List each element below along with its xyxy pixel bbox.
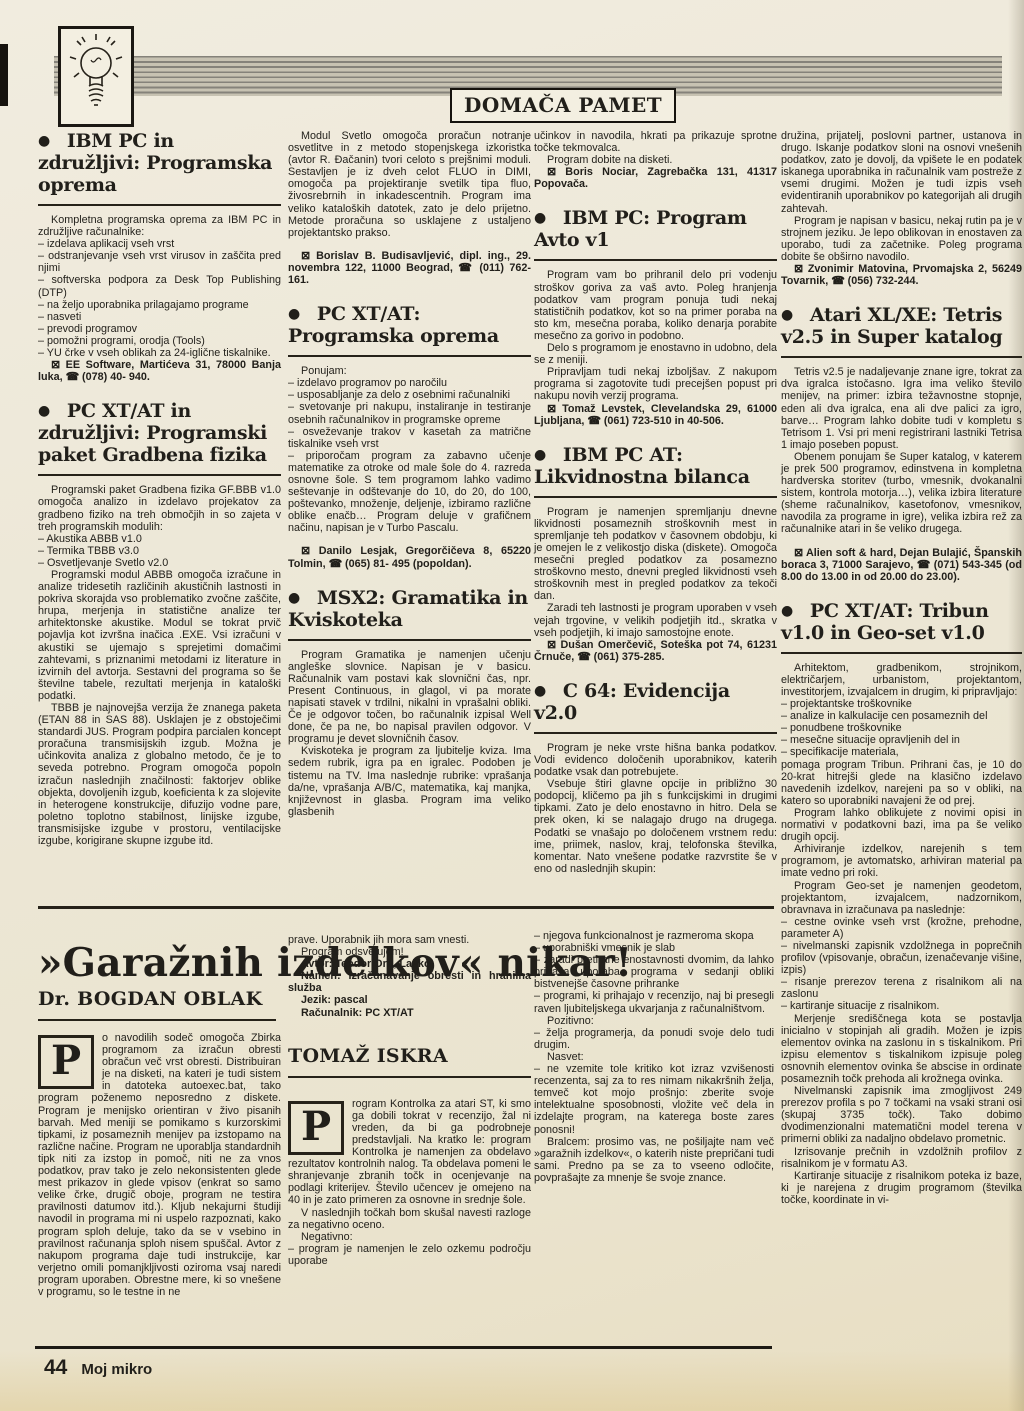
masthead-title: DOMAČA PAMET [464, 93, 662, 117]
body-paragraph: Kartiranje situacije z risalnikom poteka… [781, 1170, 1022, 1206]
listing-pcxtat-programska-oprema: PC XT/AT: Programska oprema Ponujam: – i… [288, 303, 531, 570]
list-item: – softverska podpora za Desk Top Publish… [38, 274, 281, 298]
body-paragraph: družina, prijatelj, poslovni partner, us… [781, 130, 1022, 215]
article-column-1: Po navodilih sodeč omogoča Zbirka progra… [38, 1032, 281, 1298]
listing-gradbena-fizika: PC XT/AT in združljivi: Programski paket… [38, 400, 281, 847]
column-1: IBM PC in združljivi: Programska oprema … [38, 130, 281, 847]
review-paragraph: Bralcem: prosimo vas, ne pošiljajte nam … [534, 1136, 774, 1184]
list-item: – specifikacije materiala, [781, 746, 1022, 758]
list-item: – usposabljanje za delo z osebnimi račun… [288, 389, 531, 401]
contact-line: ⊠ Dušan Omerčevič, Soteška pot 74, 61231… [534, 639, 777, 663]
list-item: – prevodi programov [38, 323, 281, 335]
body-paragraph: Ponujam: [288, 365, 531, 377]
magazine-logo [58, 26, 134, 127]
magazine-page: DOMAČA PAMET IBM PC in združljivi: Progr… [0, 0, 1024, 1411]
review-paragraph: V naslednjih točkah bom skušal navesti r… [288, 1207, 531, 1231]
page-footer: 44 Moj mikro [44, 1356, 152, 1380]
review-paragraph: prave. Uporabnik jih mora sam vnesti. [288, 934, 531, 946]
list-item: – kartiranje situacije z risalnikom. [781, 1000, 1022, 1012]
spec-line-author: Avtor: Teodor Ortl, Laško [288, 958, 531, 970]
body-paragraph: Program je napisan v basicu, nekaj rutin… [781, 215, 1022, 263]
body-paragraph: Program vam bo prihranil delo pri vodenj… [534, 269, 777, 342]
list-item: – nasveti [38, 311, 281, 323]
magazine-name: Moj mikro [81, 1361, 152, 1378]
review-list-item: – ne vzemite tole kritiko kot izraz vzvi… [534, 1063, 774, 1136]
article-column-3: – njegova funkcionalnost je razmeroma sk… [534, 930, 774, 1184]
body-paragraph: učinkov in navodila, hkrati pa prikazuje… [534, 130, 777, 154]
listing-title: C 64: Evidencija v2.0 [534, 680, 777, 734]
scan-bottom-tint [0, 1351, 1024, 1411]
scan-edge-mark [0, 44, 8, 106]
list-item: – odstranjevanje vseh vrst virusov in za… [38, 250, 281, 274]
listing-evidencija: C 64: Evidencija v2.0 Program je neke vr… [534, 680, 777, 875]
listing-continuation: učinkov in navodila, hkrati pa prikazuje… [534, 130, 777, 190]
list-item: – na željo uporabnika prilagajamo progra… [38, 299, 281, 311]
body-paragraph: Programski modul ABBB omogoča izračune i… [38, 569, 281, 702]
list-item: – Akustika ABBB v1.0 [38, 533, 281, 545]
body-paragraph: Arhiviranje izdelkov, narejenih s tem pr… [781, 843, 1022, 879]
list-item: – nivelmanski zapisnik vzdolžnega in pop… [781, 940, 1022, 976]
dropcap-letter: P [288, 1101, 344, 1155]
list-item: – Osvetljevanje Svetlo v2.0 [38, 557, 281, 569]
review-paragraph: Program Kontrolka za atari ST, ki smo ga… [288, 1098, 531, 1207]
body-paragraph: Vsebuje štiri glavne opcije in približno… [534, 778, 777, 875]
review-list-item: – želja programerja, da ponudi svoje del… [534, 1027, 774, 1051]
body-paragraph: Nivelmanski zapisnik ima zmogljivost 249… [781, 1085, 1022, 1145]
article-author-2: TOMAŽ ISKRA [288, 1045, 531, 1078]
review-list-item: – njegova funkcionalnost je razmeroma sk… [534, 930, 774, 942]
body-paragraph: Program je neke vrste hišna banka podatk… [534, 742, 777, 778]
section-masthead: DOMAČA PAMET [450, 88, 676, 123]
list-item: – izdelava aplikacij vseh vrst [38, 238, 281, 250]
review-paragraph: Nasvet: [534, 1051, 774, 1063]
body-paragraph: Arhitektom, gradbenikom, strojnikom, ele… [781, 662, 1022, 698]
listing-tetris-super-katalog: Atari XL/XE: Tetris v2.5 in Super katalo… [781, 304, 1022, 583]
body-paragraph: Program lahko oblikujete z novimi opisi … [781, 807, 1022, 843]
body-paragraph: pomaga program Tribun. Prihrani čas, je … [781, 759, 1022, 807]
body-paragraph: Delo s programom je enostavno in udobno,… [534, 342, 777, 366]
column-4: družina, prijatelj, poslovni partner, us… [781, 130, 1022, 1206]
contact-line: ⊠ Zvonimir Matovina, Prvomajska 2, 56249… [781, 263, 1022, 287]
body-paragraph: Program Geo-set je namenjen geodetom, pr… [781, 880, 1022, 916]
body-paragraph: Zaradi teh lastnosti je program uporaben… [534, 602, 777, 638]
body-paragraph: TBBB je najnovejša verzija že znanega pa… [38, 702, 281, 847]
body-paragraph: Programski paket Gradbena fizika GF.BBB … [38, 484, 281, 532]
listing-title: IBM PC in združljivi: Programska oprema [38, 130, 281, 206]
article-author-1: Dr. BOGDAN OBLAK [38, 988, 276, 1021]
listing-continuation: Modul Svetlo omogoča proračun notranje o… [288, 130, 531, 286]
review-paragraph: Po navodilih sodeč omogoča Zbirka progra… [38, 1032, 281, 1298]
list-item: – analize in kalkulacije cen posameznih … [781, 710, 1022, 722]
list-item: – osveževanje trakov v kasetah za matrič… [288, 426, 531, 450]
contact-line: ⊠ Danilo Lesjak, Gregorčičeva 8, 65220 T… [288, 545, 531, 569]
dropcap-letter: P [38, 1035, 94, 1089]
lightbulb-icon [68, 33, 124, 120]
listing-title: IBM PC: Program Avto v1 [534, 207, 777, 261]
column-2: Modul Svetlo omogoča proračun notranje o… [288, 130, 531, 818]
listing-likvidnostna-bilanca: IBM PC AT: Likvidnostna bilanca Program … [534, 444, 777, 663]
listing-title: PC XT/AT: Tribun v1.0 in Geo-set v1.0 [781, 600, 1022, 654]
page-number: 44 [44, 1356, 67, 1380]
article-column-2: prave. Uporabnik jih mora sam vnesti. Pr… [288, 934, 531, 1267]
body-paragraph: Kompletna programska oprema za IBM PC in… [38, 214, 281, 238]
list-item: – izdelavo programov po naročilu [288, 377, 531, 389]
review-list-item: – programi, ki prihajajo v recenzijo, na… [534, 990, 774, 1014]
list-item: – YU črke v vseh oblikah za 24-iglične t… [38, 347, 281, 359]
body-paragraph: Program je namenjen spremljanju dnevne l… [534, 506, 777, 603]
listing-continuation: družina, prijatelj, poslovni partner, us… [781, 130, 1022, 287]
contact-line: ⊠ Boris Nociar, Zagrebačka 131, 41317 Po… [534, 166, 777, 190]
column-3: učinkov in navodila, hkrati pa prikazuje… [534, 130, 777, 875]
listing-title: PC XT/AT in združljivi: Programski paket… [38, 400, 281, 476]
listing-program-avto: IBM PC: Program Avto v1 Program vam bo p… [534, 207, 777, 426]
contact-line: ⊠ EE Software, Martićeva 31, 78000 Banja… [38, 359, 281, 383]
list-item: – Termika TBBB v3.0 [38, 545, 281, 557]
contact-line: ⊠ Alien soft & hard, Dejan Bulajić, Špan… [781, 547, 1022, 583]
listing-ibm-pc-programska-oprema: IBM PC in združljivi: Programska oprema … [38, 130, 281, 383]
review-paragraph: Negativno: [288, 1231, 531, 1243]
list-item: – mesečne situacije opravljenih del in [781, 734, 1022, 746]
list-item: – projektantske troškovnike [781, 698, 1022, 710]
review-list-item: – program je namenjen le zelo ozkemu pod… [288, 1243, 531, 1267]
spec-line-purpose: Namen: Izračunavanje obresti in hranilna… [288, 970, 531, 994]
spec-line-computer: Računalnik: PC XT/AT [288, 1007, 531, 1019]
list-item: – ponudbene troškovnike [781, 722, 1022, 734]
footer-rule [35, 1346, 772, 1349]
body-paragraph: Merjenje središčnega kota se postavlja i… [781, 1013, 1022, 1086]
body-paragraph: Tetris v2.5 je nadaljevanje znane igre, … [781, 366, 1022, 451]
list-item: – risanje prerezov terena z risalnikom a… [781, 976, 1022, 1000]
body-paragraph: Kviskoteka je program za ljubitelje kviz… [288, 745, 531, 818]
review-list-item: – zaradi pretirane enostavnosti dvomim, … [534, 954, 774, 990]
spec-line-language: Jezik: pascal [288, 994, 531, 1006]
body-paragraph: Program Gramatika je namenjen učenju ang… [288, 649, 531, 746]
listing-title: PC XT/AT: Programska oprema [288, 303, 531, 357]
body-paragraph: Modul Svetlo omogoča proračun notranje o… [288, 130, 531, 239]
listing-msx2-gramatika: MSX2: Gramatika in Kviskoteka Program Gr… [288, 587, 531, 818]
contact-line: ⊠ Tomaž Levstek, Clevelandska 29, 61000 … [534, 403, 777, 427]
list-item: – pomožni programi, orodja (Tools) [38, 335, 281, 347]
listing-tribun-geoset: PC XT/AT: Tribun v1.0 in Geo-set v1.0 Ar… [781, 600, 1022, 1206]
list-item: – svetovanje pri nakupu, instaliranje in… [288, 401, 531, 425]
list-item: – priporočam program za zabavno učenje m… [288, 450, 531, 535]
contact-line: ⊠ Borislav B. Budisavljević, dipl. ing.,… [288, 250, 531, 286]
body-paragraph: Izrisovanje prečnih in vzdolžnih profilo… [781, 1146, 1022, 1170]
article-divider-rule [38, 906, 774, 909]
review-paragraph: Pozitivno: [534, 1015, 774, 1027]
listing-title: IBM PC AT: Likvidnostna bilanca [534, 444, 777, 498]
review-list-item: – uporabniški vmesnik je slab [534, 942, 774, 954]
body-paragraph: Pripravljam tudi nekaj izboljšav. Z naku… [534, 366, 777, 402]
list-item: – cestne ovinke vseh vrst (krožne, preho… [781, 916, 1022, 940]
body-paragraph: Obenem ponujam še Super katalog, v kater… [781, 451, 1022, 536]
listing-title: Atari XL/XE: Tetris v2.5 in Super katalo… [781, 304, 1022, 358]
review-paragraph: Program odsvetujem! [288, 946, 531, 958]
body-paragraph: Program dobite na disketi. [534, 154, 777, 166]
listing-title: MSX2: Gramatika in Kviskoteka [288, 587, 531, 641]
